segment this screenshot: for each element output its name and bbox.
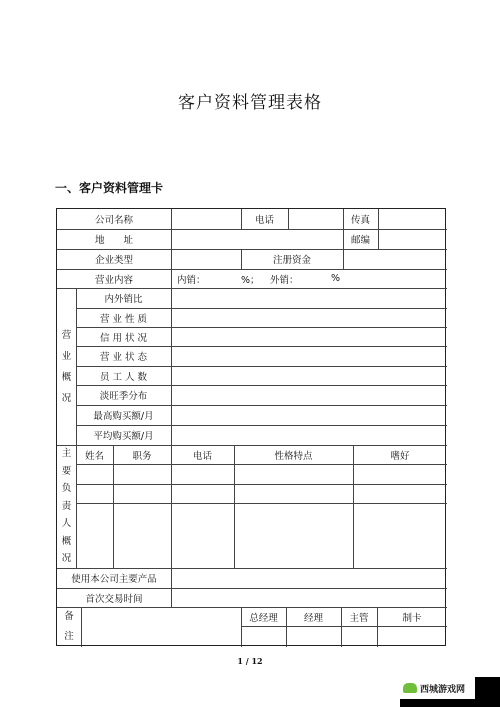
company-name-field[interactable] — [172, 209, 241, 229]
site-logo-icon — [403, 683, 417, 693]
label-max-purchase: 最高购买额/月 — [76, 405, 171, 425]
label-business-nature: 营 业 性 质 — [76, 308, 171, 327]
label-address: 地 址 — [57, 229, 171, 249]
label-phone: 电话 — [241, 209, 288, 229]
page-indicator: 1 / 12 — [0, 656, 500, 666]
watermark-text: 西城游戏网 — [420, 682, 465, 695]
customer-info-table: 公司名称 电话 传真 地 址 邮编 企业类型 注册资金 营业内容 内销： %； … — [56, 208, 446, 646]
header-position: 职务 — [113, 445, 171, 464]
label-export-sales: 外销： — [270, 269, 299, 288]
label-employee-count: 员 工 人 数 — [76, 366, 171, 385]
first-deal-field[interactable] — [172, 588, 447, 607]
label-seasonality: 淡旺季分布 — [76, 385, 171, 405]
header-name: 姓名 — [76, 445, 113, 464]
group-label-remarks: 备 注 — [57, 607, 81, 647]
label-avg-purchase: 平均购买额/月 — [76, 425, 171, 445]
header-personality: 性格特点 — [234, 445, 353, 464]
label-registered-capital: 注册资金 — [241, 249, 343, 269]
percent-sign: %； — [241, 269, 260, 288]
address-field[interactable] — [172, 229, 343, 249]
remarks-field[interactable] — [82, 607, 241, 647]
header-supervisor: 主管 — [341, 607, 377, 626]
label-company-type: 企业类型 — [57, 249, 171, 269]
header-phone: 电话 — [171, 445, 234, 464]
fax-field[interactable] — [379, 209, 447, 229]
group-label-business-overview: 营 业 概 况 — [57, 288, 76, 445]
group-label-principals: 主 要 负 责 人 概 况 — [57, 445, 76, 568]
label-fax: 传真 — [343, 209, 378, 229]
registered-capital-field[interactable] — [344, 249, 447, 269]
company-type-field[interactable] — [172, 249, 241, 269]
postcode-field[interactable] — [379, 229, 447, 249]
label-first-deal: 首次交易时间 — [57, 588, 171, 607]
label-postcode: 邮编 — [343, 229, 378, 249]
document-title: 客户资料管理表格 — [0, 88, 500, 113]
section-heading: 一、客户资料管理卡 — [55, 179, 163, 196]
phone-field[interactable] — [289, 209, 343, 229]
header-general-manager: 总经理 — [241, 607, 286, 626]
label-business-status: 营 业 状 态 — [76, 346, 171, 366]
watermark: 西城游戏网 — [400, 677, 500, 707]
label-business-content: 营业内容 — [57, 269, 171, 288]
percent-sign: % — [331, 269, 340, 288]
header-manager: 经理 — [286, 607, 341, 626]
label-domestic-sales: 内销： — [177, 269, 206, 288]
label-main-products: 使用本公司主要产品 — [57, 568, 171, 588]
header-hobbies: 嗜好 — [353, 445, 447, 464]
label-company-name: 公司名称 — [57, 209, 171, 229]
header-card-maker: 制卡 — [377, 607, 447, 626]
label-sales-ratio: 内外销比 — [76, 288, 171, 308]
label-credit-status: 信 用 状 况 — [76, 327, 171, 346]
main-products-field[interactable] — [172, 568, 447, 588]
